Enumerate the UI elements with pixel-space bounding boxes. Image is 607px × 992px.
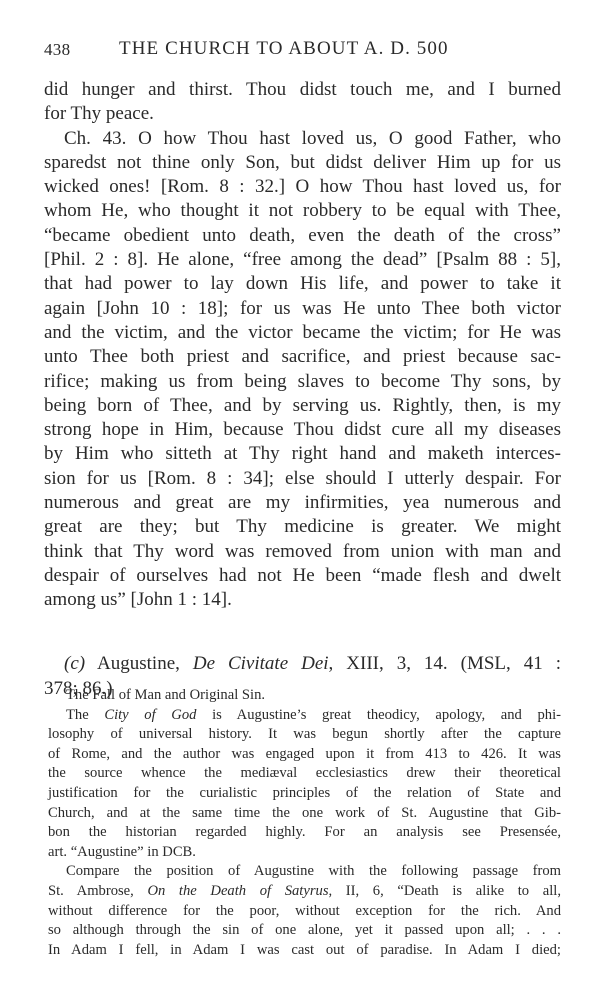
text-line: strong hope in Him, because Thou didst c… — [44, 418, 561, 442]
note-line: justification for the curialistic princi… — [48, 784, 561, 804]
text-line: did hunger and thirst. Thou didst touch … — [44, 78, 561, 102]
text-line: “became obedient unto death, even the de… — [44, 224, 561, 248]
book-title: On the Death of Satyrus — [147, 883, 328, 899]
citation-line: (c) Augustine, De Civitate Dei, XIII, 3,… — [44, 651, 561, 676]
section-label: (c) — [64, 653, 85, 674]
note-line: without difference for the poor, without… — [48, 902, 561, 922]
note-line: so although through the sin of one alone… — [48, 921, 561, 941]
text-line: numerous and great are my infirmities, y… — [44, 491, 561, 515]
note-line: Church, and at the same time the one wor… — [48, 804, 561, 824]
note-line: art. “Augustine” in DCB. — [48, 843, 561, 863]
topic-heading: The Fall of Man and Original Sin. — [48, 686, 561, 706]
citation-author: Augustine, — [97, 653, 193, 674]
book-page: 438 THE CHURCH TO ABOUT A. D. 500 did hu… — [0, 0, 607, 992]
text-line: think that Thy word was removed from uni… — [44, 540, 561, 564]
main-text: did hunger and thirst. Thou didst touch … — [44, 78, 561, 613]
citation-reference: , XIII, 3, 14. (MSL, 41 : — [329, 653, 561, 674]
note-line: bon the historian regarded highly. For a… — [48, 823, 561, 843]
book-title: City of God — [104, 707, 196, 723]
chapter-43-start: Ch. 43. O how Thou hast loved us, O good… — [44, 127, 561, 151]
citation-work-title: De Civitate Dei — [193, 653, 329, 674]
text-line: wicked ones! [Rom. 8 : 32.] O how Thou h… — [44, 175, 561, 199]
note-text: , II, 6, “Death is alike to all, — [329, 883, 561, 899]
note-text: is Augustine’s great theodicy, apology, … — [196, 707, 561, 723]
text-line: great are they; but Thy medicine is grea… — [44, 515, 561, 539]
page-number: 438 — [44, 40, 70, 60]
running-title: THE CHURCH TO ABOUT A. D. 500 — [119, 38, 449, 60]
text-line: unto Thee both priest and sacrifice, and… — [44, 345, 561, 369]
text-line: that had power to lay down His life, and… — [44, 272, 561, 296]
text-line: and the victim, and the victor became th… — [44, 321, 561, 345]
text-line: by Him who sitteth at Thy right hand and… — [44, 442, 561, 466]
text-line: rifice; making us from being slaves to b… — [44, 370, 561, 394]
note-line: of Rome, and the author was engaged upon… — [48, 745, 561, 765]
text-line: [Phil. 2 : 8]. He alone, “free among the… — [44, 248, 561, 272]
text-line: again [John 10 : 18]; for us was He unto… — [44, 297, 561, 321]
note-text: St. Ambrose, — [48, 883, 147, 899]
page-header: 438 THE CHURCH TO ABOUT A. D. 500 — [44, 38, 564, 64]
text-line: among us” [John 1 : 14]. — [44, 588, 561, 612]
note-line: the source whence the mediæval ecclesias… — [48, 764, 561, 784]
editorial-note: The Fall of Man and Original Sin. The Ci… — [48, 686, 561, 960]
text-line: being born of Thee, and by serving us. R… — [44, 394, 561, 418]
text-line: whom He, who thought it not robbery to b… — [44, 199, 561, 223]
text-line: sparedst not thine only Son, but didst d… — [44, 151, 561, 175]
note-line: St. Ambrose, On the Death of Satyrus, II… — [48, 882, 561, 902]
text-line: sion for us [Rom. 8 : 34]; else should I… — [44, 467, 561, 491]
note-text: The — [66, 707, 104, 723]
note-line: The City of God is Augustine’s great the… — [48, 706, 561, 726]
note-line: losophy of universal history. It was beg… — [48, 725, 561, 745]
note-line: Compare the position of Augustine with t… — [48, 862, 561, 882]
text-line: despair of ourselves had not He been “ma… — [44, 564, 561, 588]
text-line: for Thy peace. — [44, 102, 561, 126]
note-line: In Adam I fell, in Adam I was cast out o… — [48, 941, 561, 961]
